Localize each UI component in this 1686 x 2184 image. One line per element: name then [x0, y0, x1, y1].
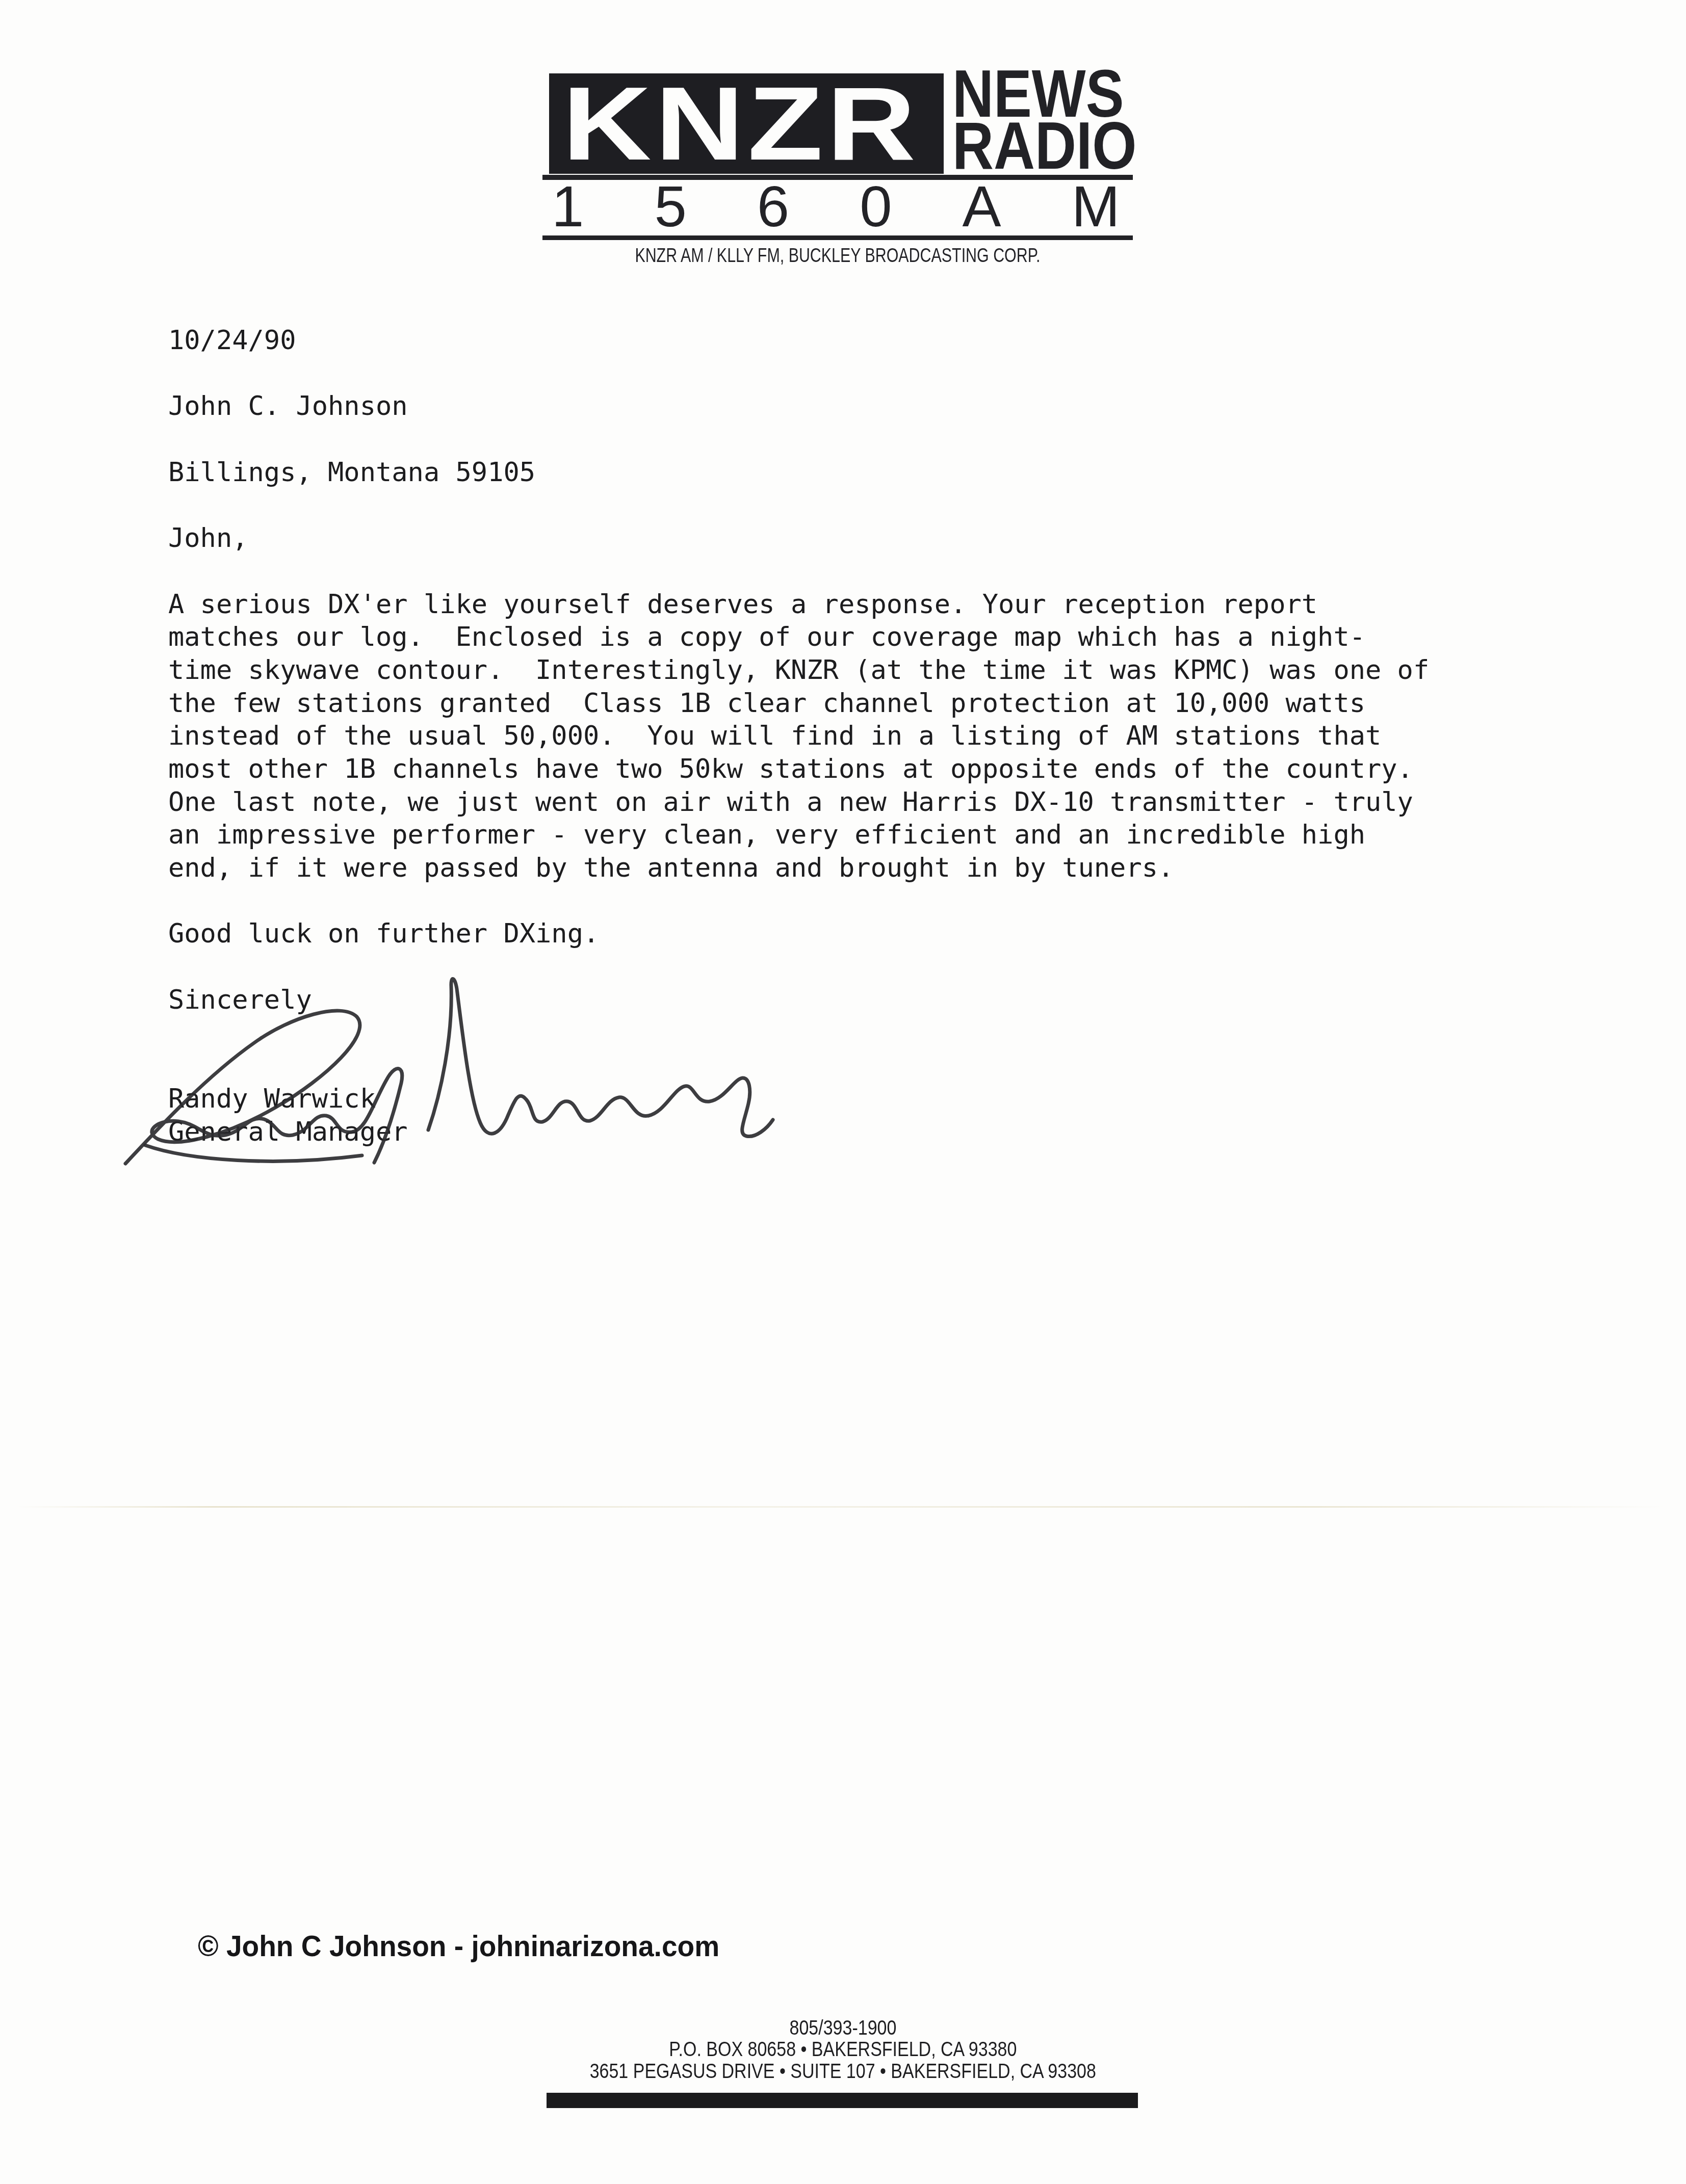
blank-line	[168, 489, 1429, 522]
closing-line: Good luck on further DXing.	[168, 917, 1429, 951]
logo-callsign: KNZR	[562, 73, 919, 174]
logo-frequency: 1560AM	[552, 178, 1190, 236]
blank-line	[168, 555, 1429, 588]
footer-phone: 805/393-1900	[0, 2017, 1686, 2039]
body-line: most other 1B channels have two 50kw sta…	[168, 753, 1429, 786]
footer-po-box-text: P.O. BOX 80658 • BAKERSFIELD, CA 93380	[669, 2039, 1017, 2060]
footer-street-address-text: 3651 PEGASUS DRIVE • SUITE 107 • BAKERSF…	[590, 2061, 1096, 2082]
blank-line	[168, 885, 1429, 918]
logo-tagline-text: KNZR AM / KLLY FM, BUCKLEY BROADCASTING …	[635, 246, 1040, 266]
signature-stroke-last-name	[428, 979, 773, 1137]
recipient-name: John C. Johnson	[168, 390, 1429, 423]
body-line: A serious DX'er like yourself deserves a…	[168, 588, 1429, 621]
body-line: an impressive performer - very clean, ve…	[168, 819, 1429, 852]
blank-line	[168, 423, 1429, 456]
logo-rule-bottom	[542, 235, 1133, 240]
logo-tagline: KNZR AM / KLLY FM, BUCKLEY BROADCASTING …	[542, 246, 1133, 266]
body-line: One last note, we just went on air with …	[168, 786, 1429, 819]
signature-randy-warwick	[122, 966, 775, 1170]
logo-radio-label: RADIO	[952, 112, 1169, 179]
footer-po-box: P.O. BOX 80658 • BAKERSFIELD, CA 93380	[0, 2039, 1686, 2060]
body-line: instead of the usual 50,000. You will fi…	[168, 720, 1429, 753]
logo-radio-text: RADIO	[952, 112, 1137, 179]
body-line: end, if it were passed by the antenna an…	[168, 852, 1429, 885]
footer-phone-text: 805/393-1900	[790, 2017, 897, 2039]
copyright-watermark: © John C Johnson - johninarizona.com	[198, 1932, 719, 1961]
knzr-logo-box: KNZR	[549, 73, 944, 174]
footer: 805/393-1900 P.O. BOX 80658 • BAKERSFIEL…	[0, 2017, 1686, 2082]
body-line: the few stations granted Class 1B clear …	[168, 687, 1429, 720]
recipient-city: Billings, Montana 59105	[168, 456, 1429, 489]
blank-line	[168, 357, 1429, 390]
letter-date: 10/24/90	[168, 324, 1429, 357]
body-line: matches our log. Enclosed is a copy of o…	[168, 621, 1429, 654]
signature-stroke-first-name	[125, 1011, 402, 1164]
signature-stroke-underline	[145, 1145, 362, 1161]
scanned-letter-page: KNZR NEWS RADIO 1560AM KNZR AM / KLLY FM…	[0, 0, 1686, 2184]
body-line: time skywave contour. Interestingly, KNZ…	[168, 654, 1429, 687]
footer-bar	[547, 2093, 1138, 2108]
salutation: John,	[168, 522, 1429, 555]
fold-crease	[15, 1506, 1667, 1508]
footer-street-address: 3651 PEGASUS DRIVE • SUITE 107 • BAKERSF…	[0, 2061, 1686, 2082]
